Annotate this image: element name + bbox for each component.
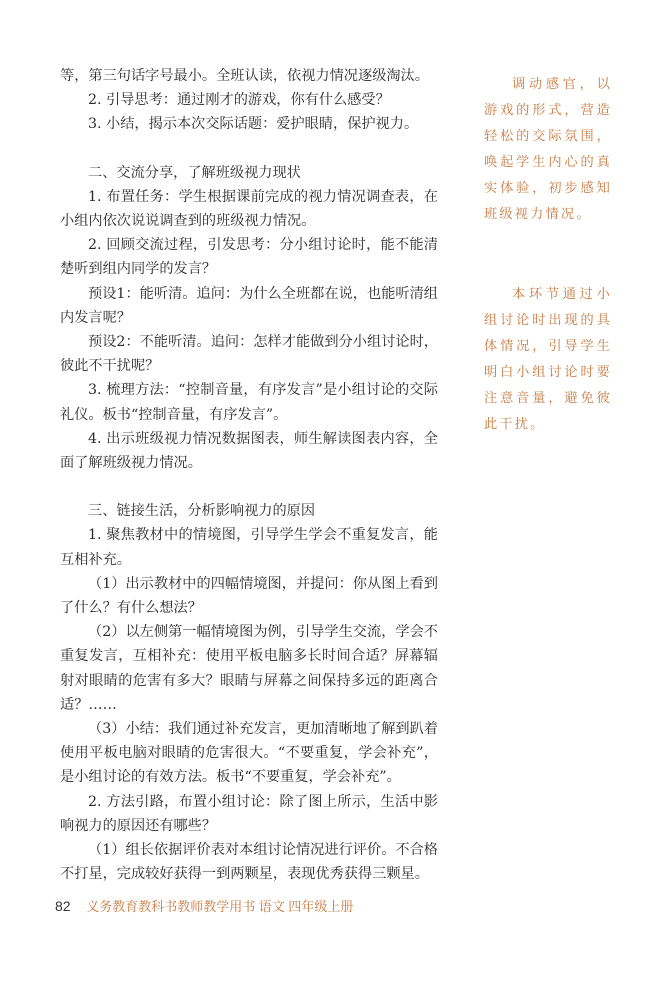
paragraph: 1. 聚焦教材中的情境图，引导学生学会不重复发言，能互相补充。	[60, 523, 438, 571]
paragraph: 预设2：不能听清。追问：怎样才能做到分小组讨论时，彼此不干扰呢？	[60, 330, 438, 378]
paragraph: 1. 布置任务：学生根据课前完成的视力情况调查表，在小组内依次说说调查到的班级视…	[60, 185, 438, 233]
paragraph: 4. 出示班级视力情况数据图表，师生解读图表内容，全面了解班级视力情况。	[60, 427, 438, 475]
paragraph: 等，第三句话字号最小。全班认读，依视力情况逐级淘汰。	[60, 64, 438, 88]
page-number: 82	[55, 898, 71, 914]
paragraph: （3）小结：我们通过补充发言，更加清晰地了解到趴着使用平板电脑对眼睛的危害很大。…	[60, 717, 438, 790]
paragraph: （2）以左侧第一幅情境图为例，引导学生交流，学会不重复发言，互相补充：使用平板电…	[60, 620, 438, 717]
section-heading-3: 三、链接生活，分析影响视力的原因	[60, 499, 438, 523]
paragraph: 3. 小结，揭示本次交际话题：爱护眼睛，保护视力。	[60, 112, 438, 136]
main-text: 等，第三句话字号最小。全班认读，依视力情况逐级淘汰。 2. 引导思考：通过刚才的…	[60, 64, 438, 887]
paragraph: 2. 回顾交流过程，引发思考：分小组讨论时，能不能清楚听到组内同学的发言？	[60, 233, 438, 281]
paragraph: 2. 引导思考：通过刚才的游戏，你有什么感受？	[60, 88, 438, 112]
paragraph: 预设1：能听清。追问：为什么全班都在说，也能听清组内发言呢？	[60, 282, 438, 330]
paragraph: （1）组长依据评价表对本组讨论情况进行评价。不合格不打星，完成较好获得一到两颗星…	[60, 838, 438, 886]
section-heading-2: 二、交流分享，了解班级视力现状	[60, 161, 438, 185]
page-footer: 82 义务教育教科书教师教学用书 语文 四年级上册	[55, 896, 353, 915]
paragraph: （1）出示教材中的四幅情境图，并提问：你从图上看到了什么？有什么想法？	[60, 572, 438, 620]
paragraph: 2. 方法引路，布置小组讨论：除了图上所示，生活中影响视力的原因还有哪些？	[60, 790, 438, 838]
side-note-2: 本环节通过小组讨论时出现的具体情况，引导学生明白小组讨论时要注意音量，避免彼此干…	[484, 282, 612, 438]
book-title: 义务教育教科书教师教学用书 语文 四年级上册	[86, 899, 353, 914]
paragraph: 3. 梳理方法：“控制音量，有序发言”是小组讨论的交际礼仪。板书“控制音量，有序…	[60, 378, 438, 426]
side-note-1: 调动感官，以游戏的形式，营造轻松的交际氛围，唤起学生内心的真实体验，初步感知班级…	[484, 72, 612, 228]
